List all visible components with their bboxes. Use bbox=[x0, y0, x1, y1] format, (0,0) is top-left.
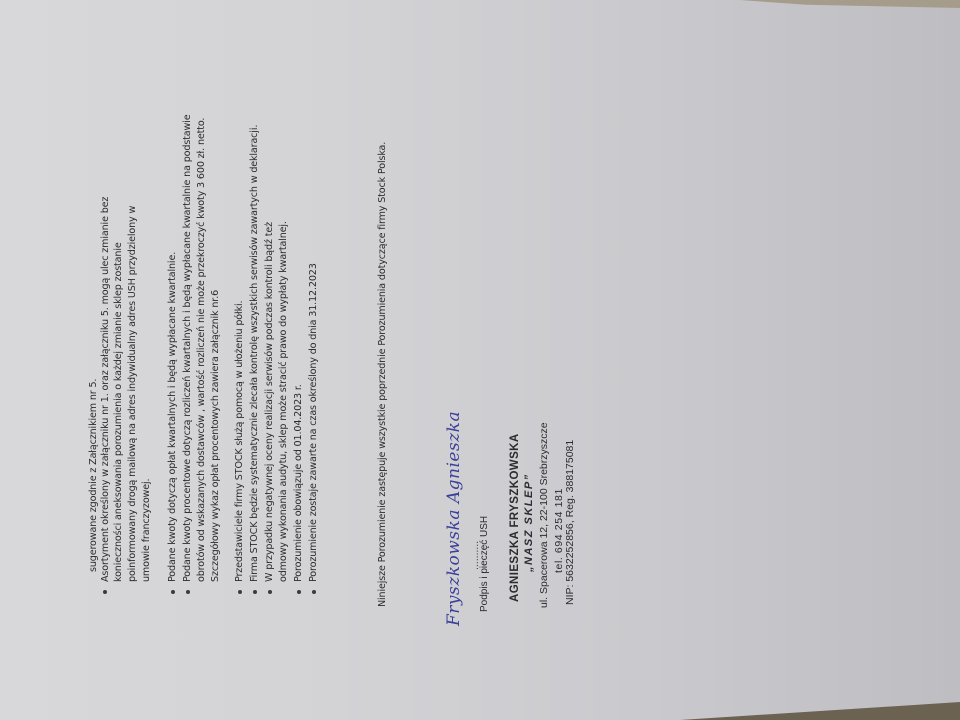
stamp-ids: NIP: 5632252856, Reg. 388175081 bbox=[564, 440, 576, 605]
stamp-name: AGNIESZKA FRYSZKOWSKA bbox=[509, 433, 521, 602]
bullet-1-line-1: Asortyment określony w załączniku nr 1. … bbox=[100, 197, 111, 582]
bullet-5-line-1: Firma STOCK będzie systematycznie zlecał… bbox=[249, 125, 260, 582]
bullet-dot bbox=[268, 590, 272, 594]
bullet-3-line-1: Podane kwoty procentowe dotyczą rozlicze… bbox=[182, 115, 193, 582]
bullet-dot bbox=[186, 590, 190, 594]
bullet-6-line-2: odmowy wykonania audytu, sklep może stra… bbox=[278, 221, 289, 582]
bullet-2-line-1: Podane kwoty dotyczą opłat kwartalnych i… bbox=[167, 252, 178, 582]
bullet-dot bbox=[312, 590, 316, 594]
bullet-6-line-1: W przypadku negatywnej oceny realizacji … bbox=[264, 222, 275, 582]
bullet-4-line-1: Przedstawiciele firmy STOCK służą pomocą… bbox=[234, 301, 245, 582]
bullet-3-line-2: obrotów od wskazanych dostawców , wartoś… bbox=[196, 118, 207, 582]
bullet-1-line-3: poinformowany drogą mailową na adres ind… bbox=[127, 206, 138, 582]
bullet-dot bbox=[238, 590, 242, 594]
stamp-address: ul. Spacerowa 12, 22-100 Srebrzyszcze bbox=[538, 422, 550, 608]
paragraph-fragment: sugerowane zgodnie z Załącznikiem nr 5. bbox=[88, 379, 99, 572]
bullet-1-line-4: umowie franczyzowej. bbox=[141, 479, 152, 582]
bullet-dot bbox=[171, 590, 175, 594]
bullet-8-line-1: Porozumienie zostaje zawarte na czas okr… bbox=[308, 263, 319, 582]
bullet-dot bbox=[253, 590, 257, 594]
bullet-1-line-2: konieczności aneksowania porozumienia o … bbox=[113, 242, 124, 582]
paper-sheet bbox=[0, 0, 960, 720]
stamp-shop-name: „NASZ SKLEP” bbox=[523, 473, 535, 572]
handwritten-signature: Fryszkowska Agnieszka bbox=[444, 411, 464, 626]
bullet-dot bbox=[297, 590, 301, 594]
bullet-7-line-1: Porozumienie obowiązuje od 01.04.2023 r. bbox=[293, 384, 304, 582]
bullet-dot bbox=[103, 590, 107, 594]
bullet-3-line-3: Szczegółowy wykaz opłat procentowych zaw… bbox=[210, 290, 221, 582]
closing-statement: Niniejsze Porozumienie zastępuje wszystk… bbox=[377, 142, 388, 607]
signature-caption: Podpis i pieczęć USH bbox=[479, 516, 490, 612]
